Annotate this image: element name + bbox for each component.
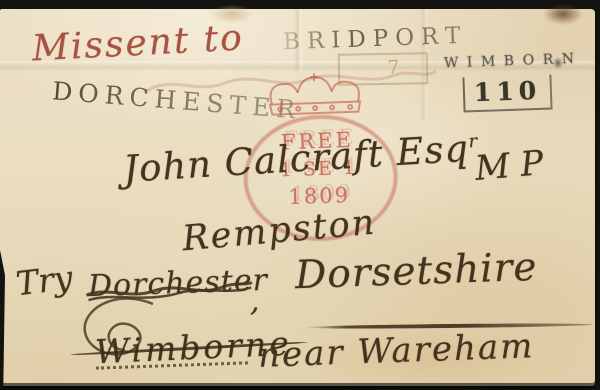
- crown-icon: [259, 71, 371, 121]
- bridport-straightline-postmark: BRIDPORT: [283, 23, 468, 55]
- photograph-background: { "colors": { "background": "#131311", "…: [0, 0, 600, 390]
- ink-stain: [543, 3, 583, 25]
- mileage-number: 110: [473, 76, 541, 107]
- addressee-suffix-mp: M P: [473, 143, 545, 189]
- mileage-mark-box: 110: [462, 74, 552, 112]
- letter-paper: BRIDPORT 7 WIMBORN 110 DORCHESTER FREE 1…: [0, 9, 595, 383]
- try-routing-note: Try: [14, 258, 75, 304]
- address-county: Dorsetshire: [294, 245, 538, 298]
- comma-mark: ,: [250, 284, 260, 319]
